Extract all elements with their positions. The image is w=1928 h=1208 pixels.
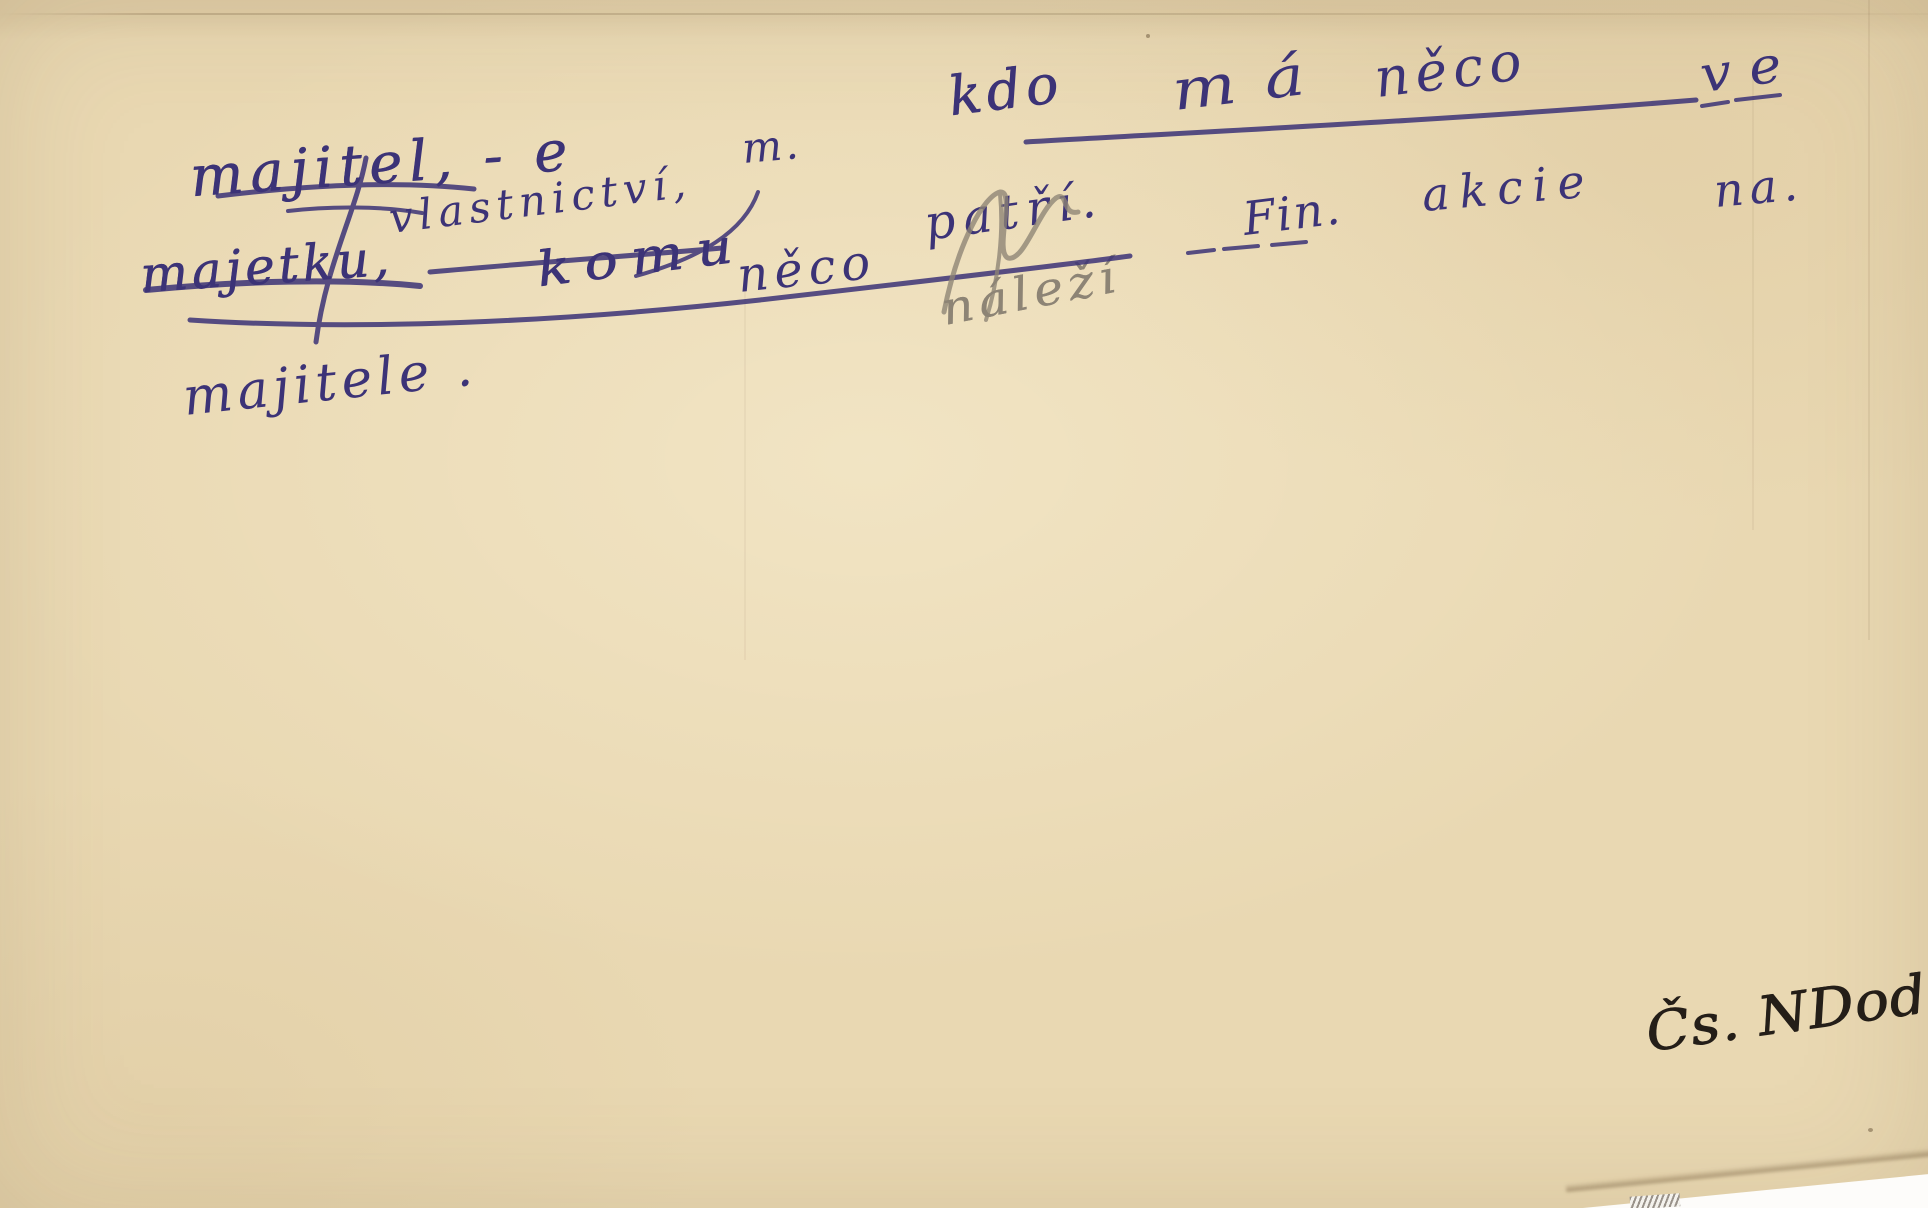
definition-word-ve: ve [1697, 37, 1802, 100]
struck-word-patri: patří. [921, 175, 1106, 248]
definition-word-neco-2: něco [735, 238, 878, 300]
struck-word-majetku: majetku, [139, 232, 395, 300]
usage-word-na: na. [1712, 160, 1805, 214]
paper-speck-2 [1868, 1128, 1873, 1132]
excerptor-signature: Čs. NDod. [1642, 965, 1928, 1060]
scan-background: majitel, - e m. kdo má něco ve vlastnict… [0, 0, 1928, 1208]
gender-abbreviation: m. [740, 123, 803, 170]
fin-underline-dash-2 [1224, 246, 1258, 249]
definition-underline-long [1026, 100, 1696, 142]
paper-crease-middle [744, 280, 746, 660]
pencil-correction-nalezi: náleží [937, 252, 1124, 332]
paper-crease-top [0, 13, 1928, 15]
definition-word-ma: má [1169, 45, 1336, 120]
struck-word-komu: komu [534, 221, 748, 294]
paper-speck [1146, 34, 1150, 38]
excerpt-card: majitel, - e m. kdo má něco ve vlastnict… [0, 0, 1928, 1208]
usage-word-majitele: majitele . [181, 341, 480, 424]
fin-underline-dash-1 [1188, 250, 1214, 253]
paper-crease-right [1868, 0, 1870, 640]
usage-word-akcie: akcie [1420, 157, 1596, 218]
card-bottom-edge-shadow [1566, 1147, 1928, 1192]
definition-word-neco: něco [1371, 34, 1530, 106]
paper-crease-right-2 [1752, 60, 1754, 530]
background-hatch-detail [1630, 1193, 1681, 1208]
fin-underline-dash-3 [1272, 242, 1306, 245]
field-label-fin: Fin. [1240, 184, 1344, 242]
definition-word-kdo: kdo [945, 56, 1066, 124]
